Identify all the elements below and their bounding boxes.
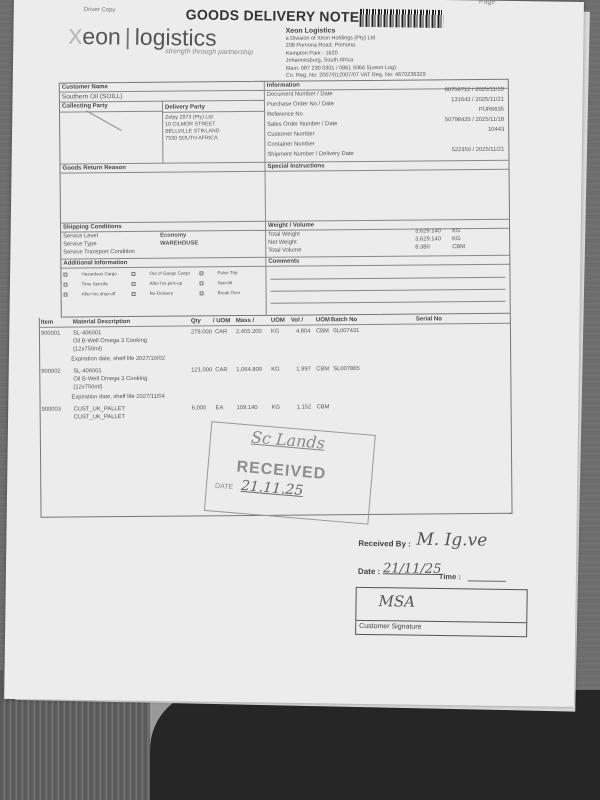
item-qty: 121.000 (191, 367, 212, 373)
weight-volume-header: Weight / Volume (268, 222, 314, 228)
checkbox[interactable] (132, 282, 136, 286)
column-header: Batch No (331, 317, 357, 323)
info-label: Customer Number (267, 131, 314, 137)
barcode (360, 9, 444, 28)
delivery-party-header: Delivery Party (165, 104, 205, 110)
special-instructions-header: Special Instructions (267, 163, 324, 169)
weight-unit: KG (452, 228, 460, 234)
option-label: Special (217, 280, 232, 285)
checkbox[interactable] (64, 293, 68, 297)
item-mass-uom: KG (272, 405, 280, 411)
column-header: Material Description (73, 319, 130, 326)
weight-label: Net Weight (268, 240, 297, 246)
logo-word2: logistics (135, 24, 217, 51)
checkbox[interactable] (63, 273, 67, 277)
item-description: (12x750ml) (73, 384, 102, 390)
weight-value: 3,629.140 (415, 228, 441, 234)
item-qty: 6.000 (192, 405, 207, 411)
time-field (468, 580, 506, 582)
item-uom: CAR (215, 367, 227, 373)
logo-x: x (68, 19, 82, 50)
delivery-note-page: Driver Copy GOODS DELIVERY NOTE Page xeo… (4, 0, 584, 707)
column-header: UOM (316, 317, 330, 323)
checkbox[interactable] (200, 281, 204, 285)
item-description: Oil B-Well Omega 3 Cooking (73, 338, 147, 345)
address-line: 7530 SOUTH AFRICA (165, 135, 219, 142)
stamp-signature: Sc Lands (250, 428, 325, 453)
weight-label: Total Volume (268, 248, 301, 254)
company-address: Xeon Logistics a Division of Xeon Holdin… (286, 27, 426, 80)
info-value: PUR6635 (399, 107, 504, 114)
item-expiry: Expiration date, shelf life 2027/11/04 (71, 394, 164, 401)
item-expiry: Expiration date, shelf life 2027/10/02 (71, 356, 165, 363)
option-label: Out of Gauge Cargo (149, 270, 190, 275)
stamp-date-label: DATE (215, 483, 234, 491)
info-label: Document Number / Date (267, 91, 333, 98)
item-code: CUST_UK_PALLET (74, 406, 126, 412)
column-header: / UOM (213, 318, 230, 324)
item-batch: SL007431 (333, 328, 359, 334)
info-label: Reference No (267, 112, 303, 118)
shipping-label: Service Transport Condition (63, 249, 135, 256)
column-header: Qty (191, 318, 201, 324)
column-header: Serial No (416, 316, 442, 322)
info-label: Purchase Order No / Date (267, 101, 334, 108)
info-value: 80758712 / 2025/11/19 (399, 87, 504, 94)
comments-header: Comments (268, 259, 299, 265)
weight-unit: CBM (452, 244, 465, 250)
date-label: Date : (358, 567, 380, 576)
checkbox[interactable] (199, 271, 203, 275)
item-batch: SL007865 (333, 366, 359, 372)
item-vol: 4.804 (296, 328, 311, 334)
customer-signature-label: Customer Signature (359, 623, 421, 631)
collecting-party-header: Collecting Party (62, 103, 108, 109)
item-vol-uom: CBM (316, 328, 329, 334)
shipping-label: Service Level (63, 233, 98, 239)
item-code: SL-406001 (73, 330, 101, 336)
item-vol: 1.152 (297, 404, 312, 410)
weight-value: 3,629.140 (415, 236, 441, 242)
information-header: Information (267, 83, 300, 89)
shipping-label: Service Type (63, 241, 96, 247)
option-label: Hazardous Cargo (81, 271, 116, 276)
weight-label: Total Weight (268, 232, 300, 238)
column-header: UOM (271, 318, 285, 324)
customer-signature: MSA (378, 592, 415, 611)
customer-name-header: Customer Name (62, 84, 108, 90)
item-vol-uom: CBM (317, 404, 330, 410)
shipping-value: Economy (160, 233, 186, 239)
item-vol-uom: CBM (316, 366, 329, 372)
customer-name: Southern Oil (SOILL) (62, 93, 123, 101)
option-label: After hrs pick-up (150, 281, 183, 286)
info-value: 50798435 / 2025/11/18 (399, 117, 504, 124)
weight-value: 8.380 (415, 244, 430, 250)
item-vol: 1.997 (296, 366, 311, 372)
delivery-party-address: Zelpy 2873 (Pty) Ltd 10 CILMOR STREET BE… (165, 114, 220, 142)
option-label: Time Specific (82, 281, 109, 286)
info-value: 131643 / 2025/11/21 (399, 97, 504, 104)
checkbox[interactable] (64, 283, 68, 287)
received-stamp: Sc Lands RECEIVED DATE 21.11.25 (204, 421, 376, 524)
info-label: Shipment Number / Delivery Date (267, 151, 353, 158)
goods-return-header: Goods Return Reason (62, 165, 125, 172)
item-mass-uom: KG (271, 367, 279, 373)
item-uom: CAR (215, 329, 227, 335)
item-number: 900003 (42, 407, 61, 413)
item-description: Oil B-Well Omega 3 Cooking (73, 376, 147, 383)
shipping-value: WAREHOUSE (160, 240, 198, 246)
customer-signature-box: MSA Customer Signature (355, 587, 528, 637)
info-value: 10443 (399, 127, 504, 134)
page-label: Page (479, 0, 495, 6)
option-label: After hrs drop-off (82, 291, 116, 296)
item-mass-uom: KG (271, 329, 279, 335)
item-description: CUST_UK_PALLET (74, 414, 126, 420)
item-qty: 279.000 (191, 329, 212, 335)
option-label: Break Over (218, 290, 241, 295)
item-code: SL-406001 (73, 368, 101, 374)
checkbox[interactable] (131, 272, 135, 276)
received-by-value: M. Ig.ve (416, 530, 487, 551)
additional-info-header: Additional Information (63, 260, 127, 267)
time-label: Time : (439, 572, 461, 581)
column-header: Item (41, 320, 53, 326)
option-label: Pulse Trip (217, 270, 237, 275)
column-header: Mass / (236, 318, 254, 324)
info-value: 522350 / 2025/11/21 (399, 147, 504, 154)
item-description: (12x750ml) (73, 346, 102, 352)
item-number: 900001 (41, 331, 60, 337)
logo-word1: eon (82, 23, 121, 50)
date-value: 21/11/25 (383, 561, 442, 577)
item-uom: EA (216, 405, 224, 411)
logo-tagline: strength through partnership (165, 48, 253, 56)
weight-unit: KG (452, 236, 460, 242)
info-label: Container Number (267, 141, 314, 147)
option-label: Re-Delivery (150, 291, 174, 296)
checkbox[interactable] (132, 292, 136, 296)
logo-separator: | (125, 24, 131, 50)
item-number: 900002 (41, 369, 60, 375)
checkbox[interactable] (200, 291, 204, 295)
shipping-conditions-header: Shipping Conditions (63, 224, 122, 231)
item-mass: 109.140 (237, 405, 258, 411)
received-by-label: Received By : (358, 539, 411, 549)
column-header: Vol / (291, 318, 303, 324)
copy-label: Driver Copy (84, 7, 116, 13)
item-mass: 2,455.200 (236, 329, 262, 335)
info-label: Sales Order Number / Date (267, 121, 337, 128)
item-mass: 1,064.800 (236, 367, 262, 373)
